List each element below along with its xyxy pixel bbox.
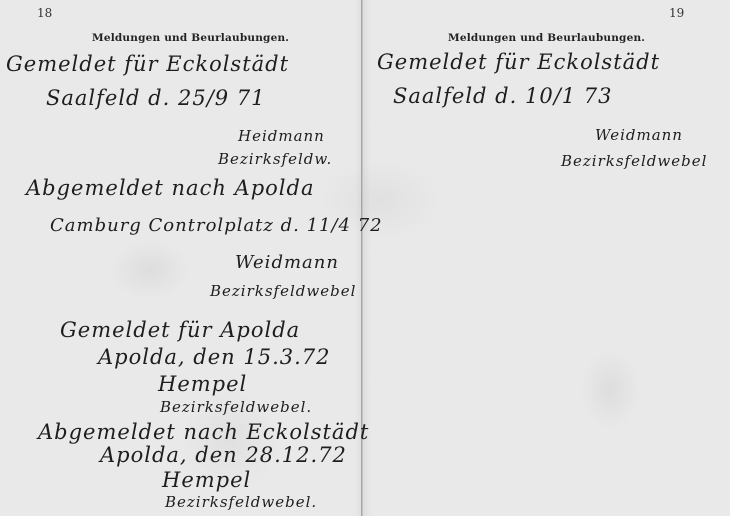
entry-1-signature-name: Heidmann [238,127,325,145]
entry-4-signature-name: Hempel [162,468,251,492]
entry-3-signature-rank: Bezirksfeldwebel. [160,398,312,416]
entry-4-line-1: Abgemeldet nach Eckolstädt [38,420,369,444]
entry-3-signature-name: Hempel [158,372,247,396]
entry-1-signature-name: Weidmann [595,126,683,144]
page-heading: Meldungen und Beurlaubungen. [448,32,645,44]
entry-2-line-1: Abgemeldet nach Apolda [26,176,314,200]
entry-1-signature-rank: Bezirksfeldwebel [561,152,707,170]
page-number: 18 [37,6,52,20]
page-heading: Meldungen und Beurlaubungen. [92,32,289,44]
entry-4-signature-rank: Bezirksfeldwebel. [165,493,317,511]
entry-1-line-2: Saalfeld d. 10/1 73 [393,84,613,108]
entry-2-signature-rank: Bezirksfeldwebel [210,282,356,300]
entry-3-line-2: Apolda, den 15.3.72 [98,345,331,369]
page-number: 19 [669,6,684,20]
entry-1-line-2: Saalfeld d. 25/9 71 [46,86,266,110]
entry-4-line-2: Apolda, den 28.12.72 [100,443,347,467]
entry-3-line-1: Gemeldet für Apolda [60,318,300,342]
entry-1-line-1: Gemeldet für Eckolstädt [377,50,660,74]
entry-1-signature-rank: Bezirksfeldw. [218,150,332,168]
register-spread: 18 Meldungen und Beurlaubungen. Gemeldet… [0,0,730,516]
entry-2-signature-name: Weidmann [235,252,339,273]
right-page: 19 Meldungen und Beurlaubungen. Gemeldet… [363,0,730,516]
left-page: 18 Meldungen und Beurlaubungen. Gemeldet… [0,0,362,516]
entry-2-line-2: Camburg Controlplatz d. 11/4 72 [50,215,383,236]
entry-1-line-1: Gemeldet für Eckolstädt [6,52,289,76]
